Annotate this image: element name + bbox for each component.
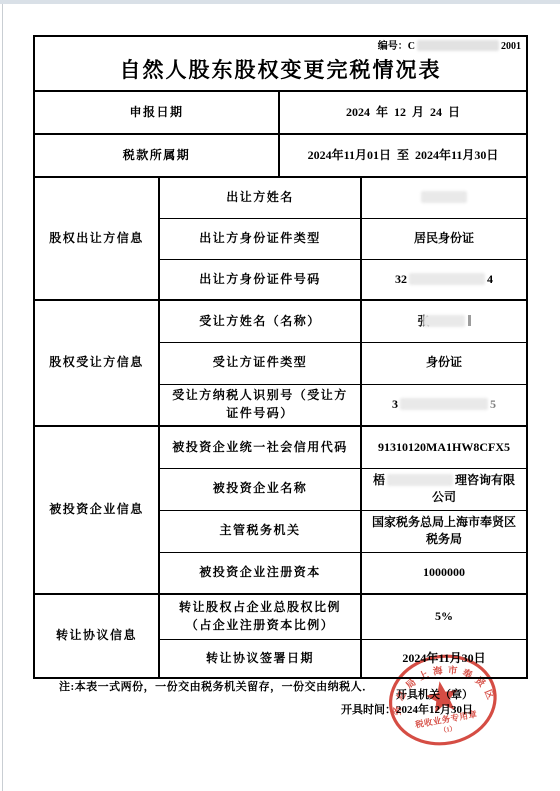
tax-form-page: { "doc": { "serial_label": "编号：", "seria…	[0, 0, 560, 791]
footnote: 注:本表一式两份，一份交由税务机关留存，一份交由纳税人．	[59, 678, 374, 694]
redaction-blur	[409, 273, 485, 285]
official-seal: 国家税务总局上海市奉贤区税务局 税收业务专用章 （1）	[377, 643, 508, 760]
label-declare-date: 申报日期	[34, 91, 279, 134]
credit-code-row: 被投资企业信息 被投资企业统一社会信用代码 91310120MA1HW8CFX5	[34, 426, 527, 468]
value-tax-period: 2024年11月01日 至 2024年11月30日	[279, 134, 527, 177]
label-credit-code: 被投资企业统一社会信用代码	[159, 426, 361, 468]
tax-form: 编号：C2001 自然人股东股权变更完税情况表 申报日期 2024 年 12 月…	[33, 35, 528, 679]
value-enterprise-name: 梧理咨询有限公司	[361, 468, 527, 510]
title-row: 编号：C2001 自然人股东股权变更完税情况表	[34, 36, 527, 91]
transferor-name-row: 股权出让方信息 出让方姓名	[34, 177, 527, 218]
value-transferee-taxid: 35	[361, 384, 527, 426]
label-transferee-id-type: 受让方证件类型	[159, 342, 361, 384]
section-enterprise: 被投资企业信息	[34, 426, 159, 594]
tax-period-row: 税款所属期 2024年11月01日 至 2024年11月30日	[34, 134, 527, 177]
value-transferor-name	[361, 177, 527, 218]
label-transferor-id-number: 出让方身份证件号码	[159, 259, 361, 300]
label-agreement-date: 转让协议签署日期	[159, 639, 361, 678]
obscured-char-fragment	[468, 315, 471, 326]
label-transferor-id-type: 出让方身份证件类型	[159, 218, 361, 259]
section-transferee: 股权受让方信息	[34, 300, 159, 426]
value-transferee-name: 张	[361, 300, 527, 342]
serial-suffix: 2001	[501, 41, 521, 52]
value-declare-date: 2024 年 12 月 24 日	[279, 91, 527, 134]
section-transferor: 股权出让方信息	[34, 177, 159, 300]
equity-ratio-row: 转让协议信息 转让股权占企业总股权比例（占企业注册资本比例） 5%	[34, 594, 527, 639]
redaction-blur	[387, 474, 453, 486]
label-equity-ratio: 转让股权占企业总股权比例（占企业注册资本比例）	[159, 594, 361, 639]
id-prefix: 32	[395, 272, 407, 286]
viewer-left-edge	[2, 4, 3, 791]
serial-label: 编号：	[378, 41, 408, 52]
value-tax-authority: 国家税务总局上海市奉贤区税务局	[361, 510, 527, 552]
page-title: 自然人股东股权变更完税情况表	[41, 55, 520, 85]
transferee-name-row: 股权受让方信息 受让方姓名（名称） 张	[34, 300, 527, 342]
seal-number: （1）	[439, 724, 456, 735]
viewer-top-edge	[0, 0, 560, 4]
id-suffix: 4	[487, 272, 493, 286]
value-registered-capital: 1000000	[361, 552, 527, 594]
serial-number: 编号：C2001	[378, 40, 521, 55]
taxid-prefix: 3	[392, 397, 398, 411]
redaction-blur	[417, 40, 499, 51]
value-equity-ratio: 5%	[361, 594, 527, 639]
label-transferor-name: 出让方姓名	[159, 177, 361, 218]
value-transferor-id-type: 居民身份证	[361, 218, 527, 259]
section-agreement: 转让协议信息	[34, 594, 159, 678]
value-transferor-id-number: 324	[361, 259, 527, 300]
taxid-suffix: 5	[490, 397, 496, 411]
company-prefix: 梧	[373, 473, 385, 487]
value-transferee-id-type: 身份证	[361, 342, 527, 384]
label-enterprise-name: 被投资企业名称	[159, 468, 361, 510]
redaction-blur	[400, 398, 488, 410]
label-registered-capital: 被投资企业注册资本	[159, 552, 361, 594]
serial-prefix: C	[408, 41, 415, 52]
label-tax-period: 税款所属期	[34, 134, 279, 177]
label-transferee-name: 受让方姓名（名称）	[159, 300, 361, 342]
redaction-blur	[421, 191, 467, 203]
seal-star-icon	[424, 678, 461, 714]
title-cell: 编号：C2001 自然人股东股权变更完税情况表	[34, 36, 527, 91]
declare-date-row: 申报日期 2024 年 12 月 24 日	[34, 91, 527, 134]
redaction-blur	[423, 315, 465, 327]
value-credit-code: 91310120MA1HW8CFX5	[361, 426, 527, 468]
label-transferee-taxid: 受让方纳税人识别号（受让方证件号码）	[159, 384, 361, 426]
tax-form-table: 编号：C2001 自然人股东股权变更完税情况表 申报日期 2024 年 12 月…	[33, 35, 528, 679]
label-tax-authority: 主管税务机关	[159, 510, 361, 552]
